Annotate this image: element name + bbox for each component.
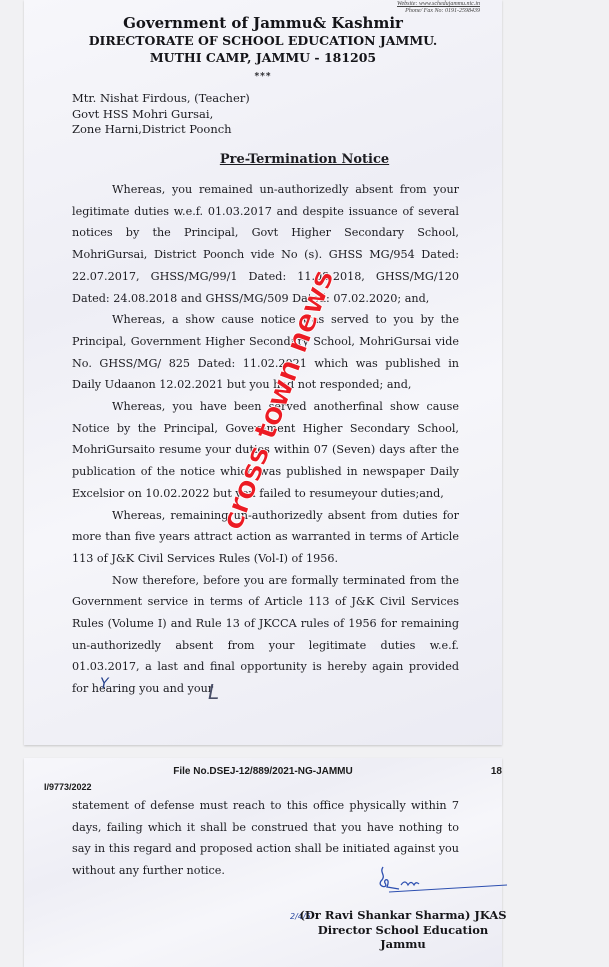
government-heading: Government of Jammu& Kashmir [24,14,502,32]
office-address: MUTHI CAMP, JAMMU - 181205 [24,50,502,65]
paragraph: Whereas, remaining un-authorizedly absen… [72,505,459,570]
notice-body: Whereas, you remained un-authorizedly ab… [72,179,459,700]
website-link[interactable]: Website: www.schedujammu.nic.in [397,1,480,8]
signature-block: (Dr Ravi Shankar Sharma) JKAS Director S… [298,908,508,952]
signature-icon [375,865,515,895]
separator: *** [24,72,502,82]
signatory-designation: Director School Education [298,923,508,938]
contact-info: Website: www.schedujammu.nic.in Phone/ F… [397,1,480,15]
notice-title: Pre-Termination Notice [0,152,609,167]
addressee-line: Mtr. Nishat Firdous, (Teacher) [72,91,250,107]
paragraph: Whereas, you remained un-authorizedly ab… [72,179,459,309]
handwritten-initial: L [208,680,219,704]
paragraph: Whereas, you have been served anotherfin… [72,396,459,505]
page-number: 18 [491,766,502,777]
file-number: File No.DSEJ-12/889/2021-NG-JAMMU [24,766,502,777]
signatory-location: Jammu [298,937,508,952]
paragraph: Now therefore, before you are formally t… [72,570,459,700]
diary-number: I/9773/2022 [44,782,92,792]
signatory-name: (Dr Ravi Shankar Sharma) JKAS [298,908,508,923]
addressee-block: Mtr. Nishat Firdous, (Teacher) Govt HSS … [72,91,250,138]
addressee-line: Govt HSS Mohri Gursai, [72,107,250,123]
handwritten-initial: Y [100,676,109,692]
paragraph: Whereas, a show cause notice was served … [72,309,459,396]
addressee-line: Zone Harni,District Poonch [72,122,250,138]
directorate-heading: DIRECTORATE OF SCHOOL EDUCATION JAMMU. [24,33,502,48]
